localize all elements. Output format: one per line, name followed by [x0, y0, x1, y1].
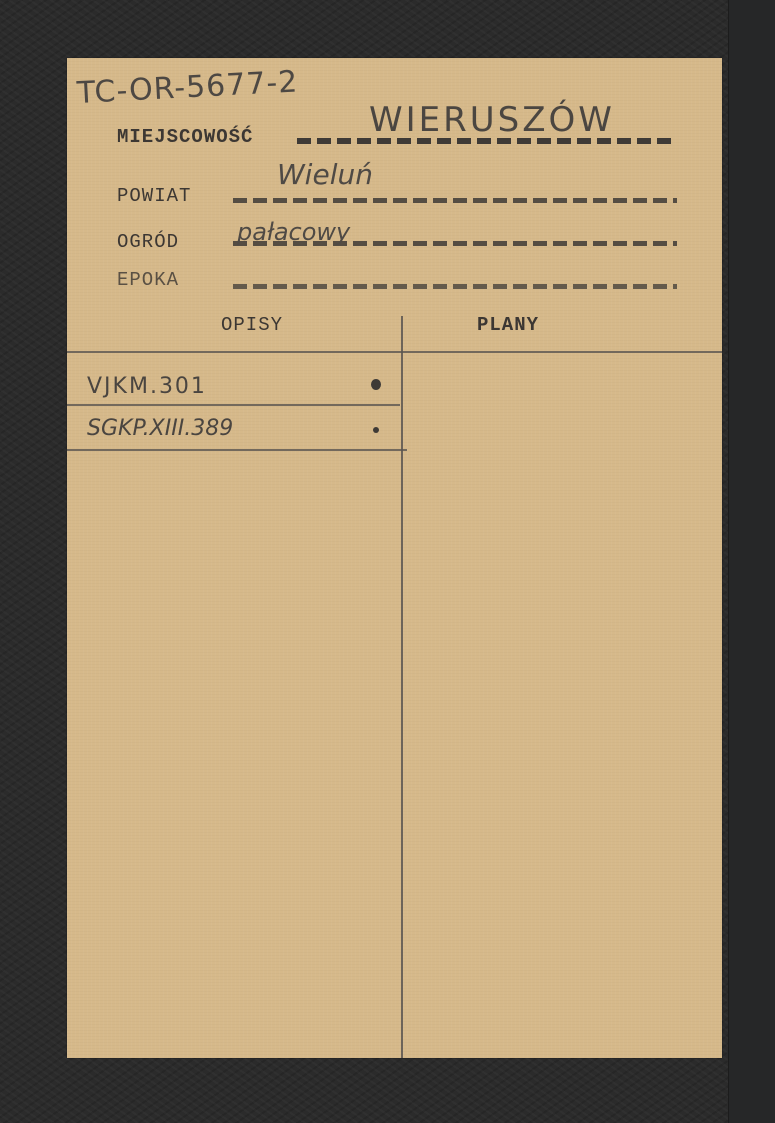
- value-powiat: Wieluń: [277, 158, 373, 191]
- column-header-plany: PLANY: [477, 314, 539, 336]
- catalog-card: TC-OR-5677-2 MIEJSCOWOŚĆ WIERUSZÓW POWIA…: [67, 58, 722, 1058]
- binder-edge: [728, 0, 775, 1123]
- bullet-marker-icon: [371, 379, 381, 390]
- opisy-entry-1: VJKM.301: [87, 374, 207, 399]
- value-ogrod: pałacowy: [237, 218, 350, 246]
- header-rule: [67, 351, 722, 353]
- column-header-opisy: OPISY: [221, 314, 283, 336]
- row-rule-2: [67, 449, 407, 451]
- bullet-marker-icon: [373, 427, 379, 433]
- column-divider: [401, 316, 403, 1058]
- label-miejscowosc: MIEJSCOWOŚĆ: [117, 126, 253, 148]
- field-line-epoka: [233, 284, 677, 289]
- opisy-entry-2: SGKP.XIII.389: [87, 416, 233, 441]
- reference-number: TC-OR-5677-2: [76, 64, 299, 111]
- label-ogrod: OGRÓD: [117, 231, 179, 253]
- value-miejscowosc: WIERUSZÓW: [369, 100, 615, 140]
- label-epoka: EPOKA: [117, 269, 179, 291]
- field-line-powiat: [233, 198, 677, 203]
- row-rule-1: [67, 404, 400, 406]
- label-powiat: POWIAT: [117, 185, 191, 207]
